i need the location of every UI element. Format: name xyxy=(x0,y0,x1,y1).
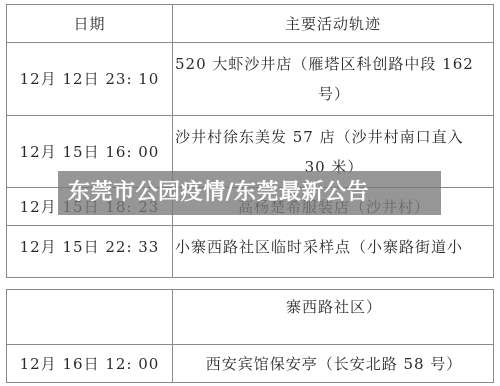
header-date: 日期 xyxy=(7,5,173,43)
table-row: 12月 12日 23: 10 520 大虾沙井店（雁塔区科创路中段 162 号） xyxy=(7,43,494,116)
table-row: 12月 15日 22: 33 小寨西路社区临时采样点（小寨路街道小 xyxy=(7,226,494,278)
row-activity: 寨西路社区） xyxy=(173,290,494,345)
overlay-title-banner: 东莞市公园疫情/东莞最新公告 xyxy=(58,171,441,215)
table-row: 寨西路社区） xyxy=(7,290,494,345)
activity-table-top: 日期 主要活动轨迹 12月 12日 23: 10 520 大虾沙井店（雁塔区科创… xyxy=(6,4,494,278)
activity-line1: 沙井村徐东美发 57 店（沙井村南口直入 xyxy=(175,128,464,146)
activity-line2: 号） xyxy=(175,79,493,109)
row-activity: 西安宾馆保安亭（长安北路 58 号） xyxy=(173,345,494,383)
row-date: 12月 15日 22: 33 xyxy=(7,226,173,278)
header-activity: 主要活动轨迹 xyxy=(173,5,494,43)
row-date xyxy=(7,290,173,345)
table-header-row: 日期 主要活动轨迹 xyxy=(7,5,494,43)
row-date: 12月 16日 12: 00 xyxy=(7,345,173,383)
activity-table-bottom: 寨西路社区） 12月 16日 12: 00 西安宾馆保安亭（长安北路 58 号） xyxy=(6,289,494,383)
row-activity: 520 大虾沙井店（雁塔区科创路中段 162 号） xyxy=(173,43,494,116)
row-date: 12月 12日 23: 10 xyxy=(7,43,173,116)
row-activity: 小寨西路社区临时采样点（小寨路街道小 xyxy=(173,226,494,278)
table-row: 12月 16日 12: 00 西安宾馆保安亭（长安北路 58 号） xyxy=(7,345,494,383)
activity-line1: 520 大虾沙井店（雁塔区科创路中段 162 xyxy=(175,55,474,73)
